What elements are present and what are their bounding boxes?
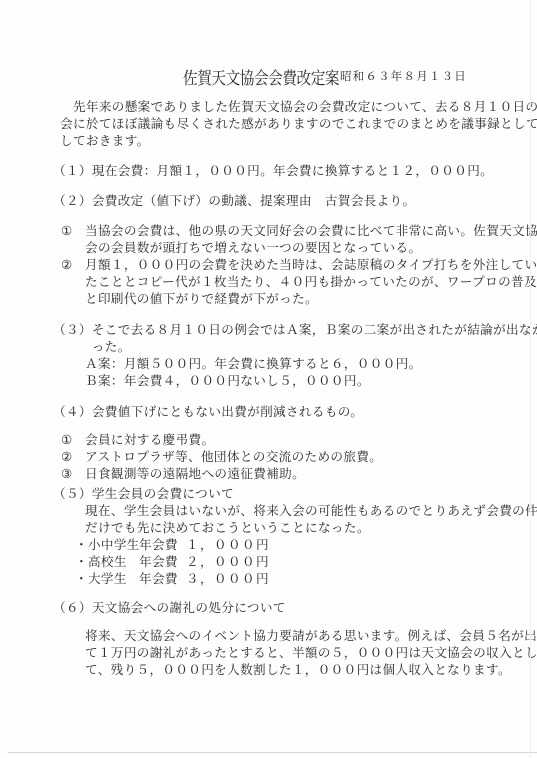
section-6-body-line-2: て１万円の謝礼があったとすると、半額の５，０００円は天文協会の収入とし (85, 645, 537, 661)
section-4-item-3-marker: ③ (61, 466, 73, 482)
section-6-body-line-3: て、残り５，０００円を人数割した１，０００円は個人収入となります。 (85, 662, 511, 678)
fee-row-label: 年会費 (139, 571, 178, 587)
section-2-item-2-line-1: 月額１，０００円の会費を決めた当時は、会誌原稿のタイプ打ちを外注してい (85, 257, 537, 273)
section-2-item-2-line-2: たこととコピー代が１枚当たり、４０円も掛かっていたのが、ワープロの普及 (85, 274, 537, 290)
scan-edge-shadow (530, 0, 531, 758)
section-3-plan-b: Ｂ案：年会費４，０００円ないし５，０００円。 (85, 373, 370, 389)
section-2-item-1-marker: ① (61, 223, 73, 239)
section-4-item-2-marker: ② (61, 449, 73, 465)
scanned-document-page: 佐賀天文協会会費改定案 昭和６３年８月１３日 先年来の懸案でありました佐賀天文協… (0, 0, 537, 758)
section-2-heading: （２）会費改定（値下げ）の動議、提案理由 古賀会長より。 (53, 193, 415, 209)
section-4-item-2: アストロプラザ等、他団体との交流のための旅費。 (85, 449, 382, 465)
fee-row-amount: １，０００円 (186, 537, 270, 553)
section-5-body-line-2: だけでも先に決めておこうということになった。 (85, 520, 370, 536)
section-5-heading: （５）学生会員の会費について (53, 486, 234, 502)
section-4-item-1: 会員に対する慶弔費。 (85, 432, 214, 448)
intro-line-3: しておきます。 (60, 133, 150, 149)
section-3-heading-line-1: （３）そこで去る８月１０日の例会ではＡ案，Ｂ案の二案が出されたが結論が出なか (53, 322, 537, 338)
section-2-item-1-line-1: 当協会の会費は、他の県の天文同好会の会費に比べて非常に高い。佐賀天文協 (85, 223, 537, 239)
section-4-item-1-marker: ① (61, 432, 73, 448)
section-1-current-fee: （１）現在会費：月額１，０００円。年会費に換算すると１２，０００円。 (53, 163, 493, 179)
section-4-heading: （４）会費値下げにともない出費が削減されるもの。 (53, 404, 363, 420)
section-5-body-line-1: 現在、学生会員はいないが、将来入会の可能性もあるのでとりあえず会費の件 (85, 503, 537, 519)
section-2-item-1-line-2: 会の会員数が頭打ちで増えない一つの要因となっている。 (85, 240, 421, 256)
intro-line-1: 先年来の懸案でありました佐賀天文協会の会費改定について、去る８月１０日の例 (60, 99, 537, 115)
fee-row-category: ・高校生 (75, 554, 127, 570)
fee-row-label: 年会費 (139, 537, 178, 553)
section-2-item-2-marker: ② (61, 257, 73, 273)
section-3-heading-line-2: った。 (53, 339, 131, 355)
section-3-plan-a: Ａ案：月額５００円。年会費に換算すると６，０００円。 (85, 356, 422, 372)
section-6-body-line-1: 将来、天文協会へのイベント協力要請がある思います。例えば、会員５名が出 (85, 628, 537, 644)
section-6-heading: （６）天文協会への謝礼の処分について (53, 600, 286, 616)
section-2-item-2-line-3: と印刷代の値下がりで経費が下がった。 (85, 291, 318, 307)
section-4-item-3: 日食観測等の遠隔地への遠征費補助。 (85, 466, 305, 482)
scan-edge-divider (8, 752, 537, 753)
fee-row-label: 年会費 (139, 554, 178, 570)
fee-row-amount: ３，０００円 (186, 571, 270, 587)
document-title: 佐賀天文協会会費改定案 (183, 64, 339, 89)
document-date: 昭和６３年８月１３日 (340, 68, 467, 84)
fee-row-category: ・大学生 (75, 571, 127, 587)
fee-row-category: ・小中学生 (75, 537, 140, 553)
fee-row-amount: ２，０００円 (186, 554, 270, 570)
intro-line-2: 会に於てほぼ議論も尽くされた感がありますのでこれまでのまとめを議事録として残 (60, 116, 537, 132)
